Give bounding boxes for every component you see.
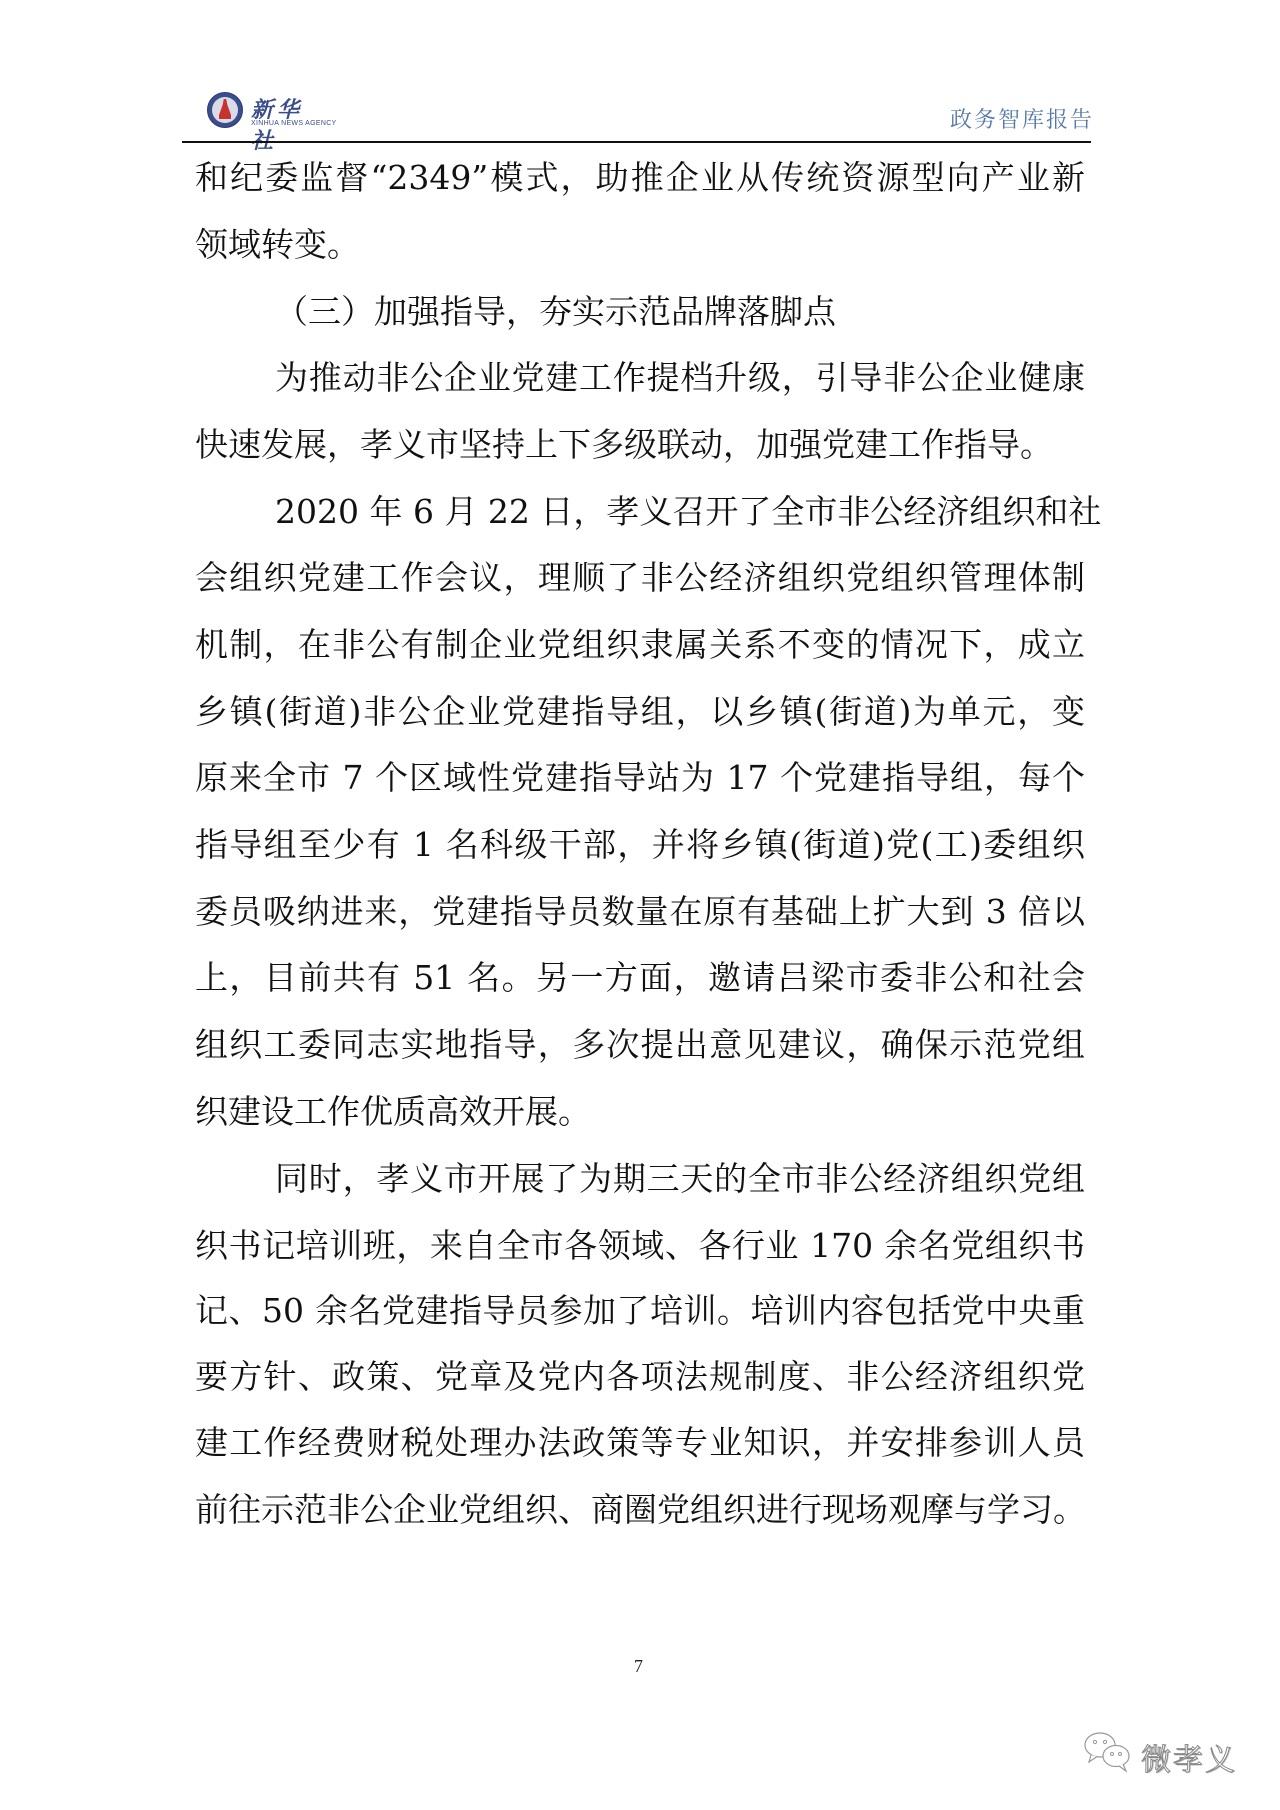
xinhua-emblem-icon	[207, 92, 243, 128]
body-line: 原来全市 7 个区域性党建指导站为 17 个党建指导组，每个	[195, 756, 1085, 800]
body-line: 织建设工作优质高效开展。	[195, 1090, 1085, 1134]
body-line: 2020 年 6 月 22 日，孝义召开了全市非公经济组织和社	[275, 490, 1085, 534]
page-number: 7	[634, 1656, 643, 1677]
body-line: 前往示范非公企业党组织、商圈党组织进行现场观摩与学习。	[195, 1488, 1085, 1532]
body-line: 领域转变。	[195, 223, 1085, 267]
body-line: 委员吸纳进来，党建指导员数量在原有基础上扩大到 3 倍以	[195, 890, 1085, 934]
watermark-text: 微孝义	[1141, 1735, 1237, 1779]
body-line: 织书记培训班，来自全市各领域、各行业 170 余名党组织书	[195, 1224, 1085, 1268]
wechat-watermark: 微孝义	[1083, 1731, 1263, 1776]
body-line: 要方针、政策、党章及党内各项法规制度、非公经济组织党	[195, 1355, 1085, 1399]
header-logo: 新华社 XINHUA NEWS AGENCY	[205, 90, 325, 132]
body-line: 上，目前共有 51 名。另一方面，邀请吕梁市委非公和社会	[195, 956, 1085, 1000]
body-line: 组织工委同志实地指导，多次提出意见建议，确保示范党组	[195, 1023, 1085, 1067]
body-line: 同时，孝义市开展了为期三天的全市非公经济组织党组	[275, 1157, 1085, 1201]
body-line: 指导组至少有 1 名科级干部，并将乡镇(街道)党(工)委组织	[195, 823, 1085, 867]
body-line: 为推动非公企业党建工作提档升级，引导非公企业健康	[275, 356, 1085, 400]
section-heading: （三）加强指导，夯实示范品牌落脚点	[275, 290, 1085, 334]
report-series-title: 政务智库报告	[950, 103, 1094, 134]
logo-english-text: XINHUA NEWS AGENCY	[251, 120, 337, 127]
header-divider	[182, 141, 1091, 143]
body-line: 快速发展，孝义市坚持上下多级联动，加强党建工作指导。	[195, 423, 1085, 467]
body-line: 机制，在非公有制企业党组织隶属关系不变的情况下，成立	[195, 623, 1085, 667]
body-line: 会组织党建工作会议，理顺了非公经济组织党组织管理体制	[195, 556, 1085, 600]
wechat-icon	[1083, 1731, 1131, 1773]
body-line: 建工作经费财税处理办法政策等专业知识，并安排参训人员	[195, 1421, 1085, 1465]
body-line: 乡镇(街道)非公企业党建指导组，以乡镇(街道)为单元，变	[195, 690, 1085, 734]
body-line: 和纪委监督“2349”模式，助推企业从传统资源型向产业新	[195, 156, 1085, 200]
body-line: 记、50 余名党建指导员参加了培训。培训内容包括党中央重	[195, 1289, 1085, 1333]
